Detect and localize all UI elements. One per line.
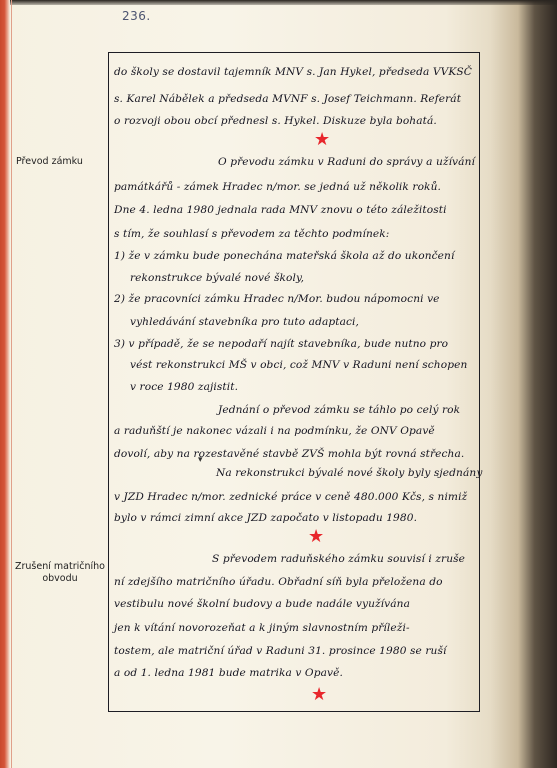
text-line: o rozvoji obou obcí přednesl s. Hykel. D… [114,115,437,127]
text-line: tostem, ale matriční úřad v Raduni 31. p… [114,645,447,657]
text-line: jen k vítání novorozeňat a k jiným slavn… [114,622,410,634]
check-mark-icon: ▾ [198,455,203,465]
ledger-page: 236. Převod zámku Zrušení matričního obv… [0,0,557,768]
text-line: a raduňští je nakonec vázali i na podmín… [114,425,435,437]
red-star-divider-icon: ★ [314,131,330,149]
text-line: s tím, že souhlasí s převodem za těchto … [114,228,389,240]
text-line: s. Karel Nábělek a předseda MVNF s. Jose… [114,93,461,105]
text-line: Jednání o převod zámku se táhlo po celý … [218,404,460,416]
text-line: S převodem raduňského zámku souvisí i zr… [212,553,465,565]
text-line: O převodu zámku v Raduni do správy a uží… [218,156,475,168]
text-line: vestibulu nové školní budovy a bude nadá… [114,598,410,610]
text-line: v roce 1980 zajistit. [130,381,238,393]
text-line: bylo v rámci zimní akce JZD započato v l… [114,512,417,524]
red-star-divider-icon: ★ [308,528,324,546]
red-page-edge [0,0,10,768]
text-line: rekonstrukce bývalé nové školy, [130,272,304,284]
text-line: 2) že pracovníci zámku Hradec n/Mor. bud… [114,293,440,305]
text-line: Dne 4. ledna 1980 jednala rada MNV znovu… [114,204,447,216]
text-line: a od 1. ledna 1981 bude matrika v Opavě. [114,667,343,679]
page-number: 236. [122,9,151,23]
text-line: Na rekonstrukci bývalé nové školy byly s… [216,467,482,479]
text-line: památkářů - zámek Hradec n/mor. se jedná… [114,181,441,193]
text-line: v JZD Hradec n/mor. zednické práce v cen… [114,491,467,503]
text-line: do školy se dostavil tajemník MNV s. Jan… [114,66,472,78]
top-shadow [0,0,557,5]
text-line: 1) že v zámku bude ponechána mateřská šk… [114,250,454,262]
red-star-divider-icon: ★ [311,686,327,704]
text-line: dovolí, aby na rozestavěné stavbě ZVŠ mo… [114,448,464,460]
text-line: ní zdejšího matričního úřadu. Obřadní sí… [114,576,443,588]
margin-note-prevod-zamku: Převod zámku [16,156,83,168]
text-line: vyhledávání stavebníka pro tuto adaptaci… [130,316,359,328]
red-margin-line [11,0,12,768]
text-line: 3) v případě, že se nepodaří najít stave… [114,338,448,350]
margin-note-zruseni-matricniho-obvodu: Zrušení matričního obvodu [10,561,110,585]
text-line: vést rekonstrukci MŠ v obci, což MNV v R… [130,359,467,371]
